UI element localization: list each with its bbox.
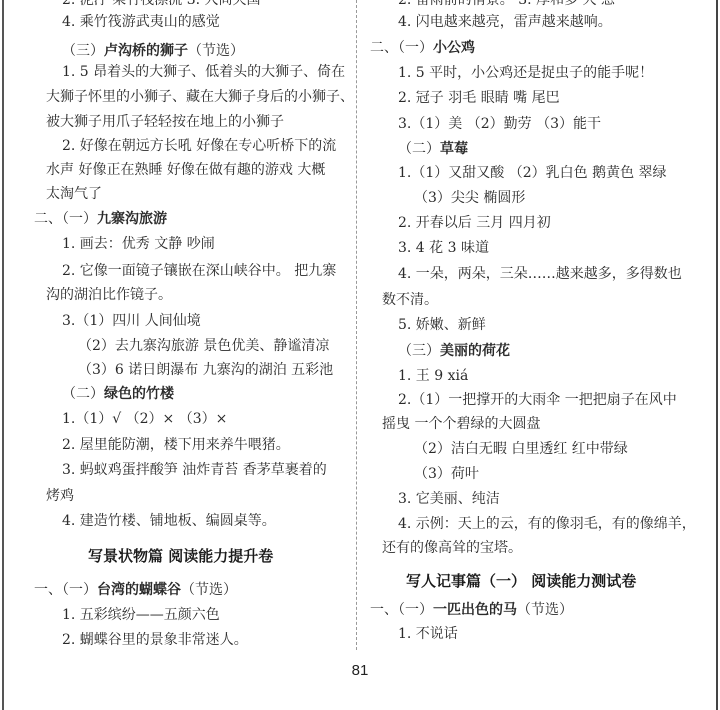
answer-line: （3）6 诺日朗瀑布 九寨沟的湖泊 五彩池 — [78, 360, 333, 380]
page-border-left — [2, 0, 4, 710]
answer-line: 3.（1）四川 人间仙境 — [62, 311, 201, 331]
answer-line: 2. 开春以后 三月 四月初 — [398, 213, 551, 233]
answer-line: 2. 蝴蝶谷里的景象非常迷人。 — [62, 630, 248, 650]
subsection-heading: 二、（一）小公鸡 — [370, 38, 475, 58]
answer-line: 4. 闪电越来越亮，雷声越来越响。 — [398, 12, 612, 32]
answer-line: 5. 娇嫩、新鲜 — [398, 315, 486, 335]
answer-line: 沟的湖泊比作镜子。 — [46, 285, 172, 305]
answer-line: 数不清。 — [382, 290, 438, 310]
answer-line: 3.（1）美 （2）勤劳 （3）能干 — [398, 114, 601, 134]
heading-suffix: （节选） — [517, 602, 573, 618]
page-number: 81 — [0, 662, 720, 679]
subsection-heading: （三）卢沟桥的狮子（节选） — [62, 41, 244, 61]
section-heading: 写景状物篇 阅读能力提升卷 — [88, 545, 273, 567]
answer-line: 1. 5 平时，小公鸡还是捉虫子的能手呢！ — [398, 63, 653, 83]
answer-line: 1. 五彩缤纷——五颜六色 — [62, 605, 220, 625]
partial-line: 2. 泥泞 乘竹筏漂流 3. 人间天国 — [62, 0, 261, 10]
heading-prefix: （二） — [398, 141, 440, 157]
answer-line: 被大狮子用爪子轻轻按在地上的小狮子 — [46, 112, 284, 132]
answer-line: 1. 画去：优秀 文静 吵闹 — [62, 234, 215, 254]
answer-line: 1. 不说话 — [398, 624, 458, 644]
answer-line: 大狮子怀里的小狮子、藏在大狮子身后的小狮子、 — [46, 87, 354, 107]
subsection-heading: （二）草莓 — [398, 139, 468, 159]
answer-line: 摇曳 一个个碧绿的大圆盘 — [382, 414, 540, 434]
heading-suffix: （节选） — [181, 582, 237, 598]
answer-line: 4. 一朵，两朵，三朵……越来越多，多得数也 — [398, 264, 682, 284]
answer-line: 2. 它像一面镜子镶嵌在深山峡谷中。 把九寨 — [62, 261, 336, 281]
answer-line: 太淘气了 — [46, 184, 102, 204]
heading-title: 小公鸡 — [433, 40, 475, 56]
answer-line: 还有的像高耸的宝塔。 — [382, 538, 522, 558]
subsection-heading: （三）美丽的荷花 — [398, 341, 510, 361]
heading-title: 台湾的蝴蝶谷 — [97, 582, 181, 598]
heading-prefix: 一、（一） — [370, 602, 433, 618]
heading-title: 绿色的竹楼 — [104, 386, 174, 402]
heading-title: 美丽的荷花 — [440, 343, 510, 359]
answer-line: （2）洁白无暇 白里透红 红中带绿 — [414, 439, 628, 459]
answer-line: 1.（1）√ （2）× （3）× — [62, 409, 227, 429]
answer-line: 4. 乘竹筏游武夷山的感觉 — [62, 12, 220, 32]
heading-prefix: 二、（一） — [370, 40, 433, 56]
answer-line: 1. 王 9 xiá — [398, 366, 468, 386]
column-divider — [356, 0, 357, 650]
answer-line: 1.（1）又甜又酸 （2）乳白色 鹅黄色 翠绿 — [398, 163, 667, 183]
subsection-heading: 一、（一）台湾的蝴蝶谷（节选） — [34, 580, 237, 600]
heading-suffix: （节选） — [188, 43, 244, 59]
answer-line: （3）荷叶 — [414, 464, 479, 484]
answer-line: 2.（1）一把撑开的大雨伞 一把把扇子在风中 — [398, 390, 677, 410]
answer-line: 2. 好像在朝远方长吼 好像在专心听桥下的流 — [62, 136, 336, 156]
answer-line: 3. 蚂蚁鸡蛋拌酸笋 油炸青苔 香茅草裹着的 — [62, 460, 327, 480]
answer-line: 1. 5 昂着头的大狮子、低着头的大狮子、倚在 — [62, 62, 345, 82]
heading-prefix: 一、（一） — [34, 582, 97, 598]
answer-line: （2）去九寨沟旅游 景色优美、静谧清凉 — [78, 336, 329, 356]
heading-prefix: （三） — [62, 43, 104, 59]
heading-title: 一匹出色的马 — [433, 602, 517, 618]
subsection-heading: 一、（一）一匹出色的马（节选） — [370, 600, 573, 620]
heading-prefix: 二、（一） — [34, 211, 97, 227]
subsection-heading: 二、（一）九寨沟旅游 — [34, 209, 167, 229]
partial-line: 2. 雷雨前的情景。 3. 厚和多 大 急 — [398, 0, 615, 10]
heading-prefix: （三） — [398, 343, 440, 359]
answer-line: （3）尖尖 椭圆形 — [414, 188, 525, 208]
answer-line: 3. 它美丽、纯洁 — [398, 489, 500, 509]
answer-line: 2. 屋里能防潮，楼下用来养牛喂猪。 — [62, 435, 290, 455]
answer-line: 3. 4 花 3 味道 — [398, 238, 489, 258]
subsection-heading: （二）绿色的竹楼 — [62, 384, 174, 404]
heading-prefix: （二） — [62, 386, 104, 402]
answer-line: 4. 建造竹楼、铺地板、编圆桌等。 — [62, 511, 276, 531]
answer-line: 4. 示例：天上的云，有的像羽毛，有的像绵羊， — [398, 514, 696, 534]
section-heading: 写人记事篇（一） 阅读能力测试卷 — [406, 570, 636, 592]
heading-title: 草莓 — [440, 141, 468, 157]
answer-line: 2. 冠子 羽毛 眼睛 嘴 尾巴 — [398, 88, 560, 108]
heading-title: 卢沟桥的狮子 — [104, 43, 188, 59]
page-border-right — [716, 0, 718, 710]
heading-title: 九寨沟旅游 — [97, 211, 167, 227]
answer-line: 烤鸡 — [46, 486, 74, 506]
answer-line: 水声 好像正在熟睡 好像在做有趣的游戏 大概 — [46, 160, 325, 180]
